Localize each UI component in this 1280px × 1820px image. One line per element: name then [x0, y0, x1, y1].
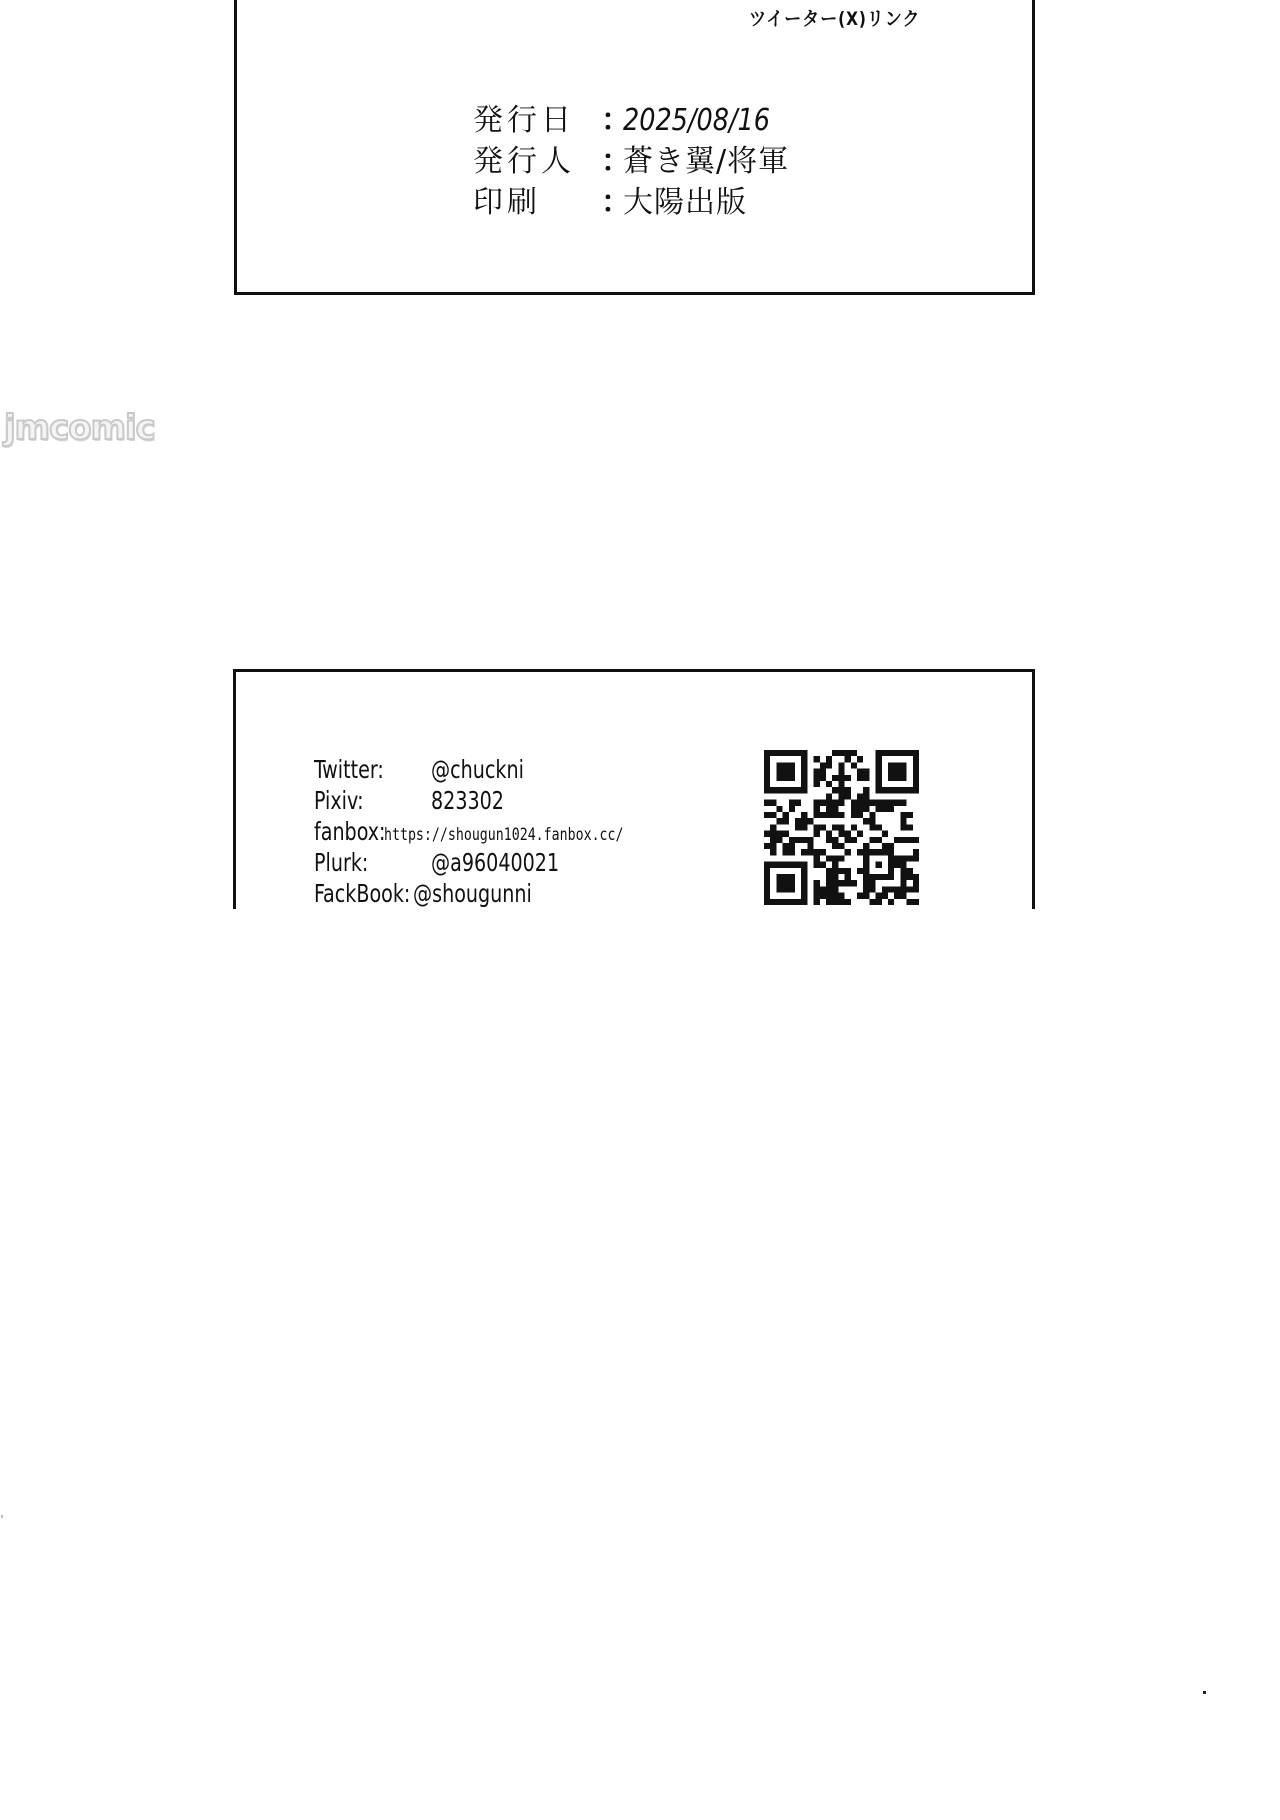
- plurk-label: Plurk:: [314, 847, 413, 878]
- jmcomic-watermark-logo: jmcomic: [4, 408, 155, 448]
- colophon-row-publisher: 発行人 ： 蒼き翼/将軍: [473, 141, 796, 182]
- contact-row-twitter: Twitter: @chuckni: [314, 754, 691, 785]
- contact-box: Twitter: @chuckni Pixiv: 823302 fanbox: …: [233, 669, 1035, 909]
- contact-list: Twitter: @chuckni Pixiv: 823302 fanbox: …: [314, 754, 691, 909]
- colophon-box: ツイーター(X)リンク 発行日 ： 2025/08/16 発行人 ： 蒼き翼/将…: [234, 0, 1035, 295]
- contact-row-facebook: FackBook: @shougunni: [314, 878, 691, 909]
- contact-row-plurk: Plurk: @a96040021: [314, 847, 691, 878]
- separator: ：: [601, 182, 623, 223]
- twitter-link-label: ツイーター(X)リンク: [749, 4, 920, 31]
- twitter-handle: @chuckni: [431, 754, 524, 785]
- publish-date-label: 発行日: [473, 100, 601, 141]
- publisher-value: 蒼き翼/将軍: [623, 141, 789, 182]
- colophon-list: 発行日 ： 2025/08/16 発行人 ： 蒼き翼/将軍 印刷 ： 大陽出版: [473, 100, 796, 223]
- pixiv-id: 823302: [431, 785, 504, 816]
- plurk-handle: @a96040021: [431, 847, 559, 878]
- publisher-label: 発行人: [473, 141, 601, 182]
- separator: ：: [601, 100, 623, 141]
- separator: ：: [601, 141, 623, 182]
- publish-date-value: 2025/08/16: [623, 100, 770, 141]
- page: ツイーター(X)リンク 発行日 ： 2025/08/16 発行人 ： 蒼き翼/将…: [0, 0, 1280, 1820]
- qr-code-icon: [764, 750, 919, 905]
- facebook-label: FackBook:: [314, 878, 410, 909]
- twitter-label: Twitter:: [314, 754, 413, 785]
- fanbox-label: fanbox:: [314, 816, 385, 847]
- contact-row-pixiv: Pixiv: 823302: [314, 785, 691, 816]
- facebook-handle: @shougunni: [413, 878, 532, 909]
- print-speck: [1203, 1691, 1206, 1694]
- printer-label: 印刷: [473, 182, 601, 223]
- colophon-row-printer: 印刷 ： 大陽出版: [473, 182, 796, 223]
- print-speck: [1, 1515, 3, 1518]
- pixiv-label: Pixiv:: [314, 785, 413, 816]
- printer-value: 大陽出版: [623, 182, 747, 223]
- contact-row-fanbox: fanbox: https://shougun1024.fanbox.cc/: [314, 816, 691, 847]
- colophon-row-publish-date: 発行日 ： 2025/08/16: [473, 100, 796, 141]
